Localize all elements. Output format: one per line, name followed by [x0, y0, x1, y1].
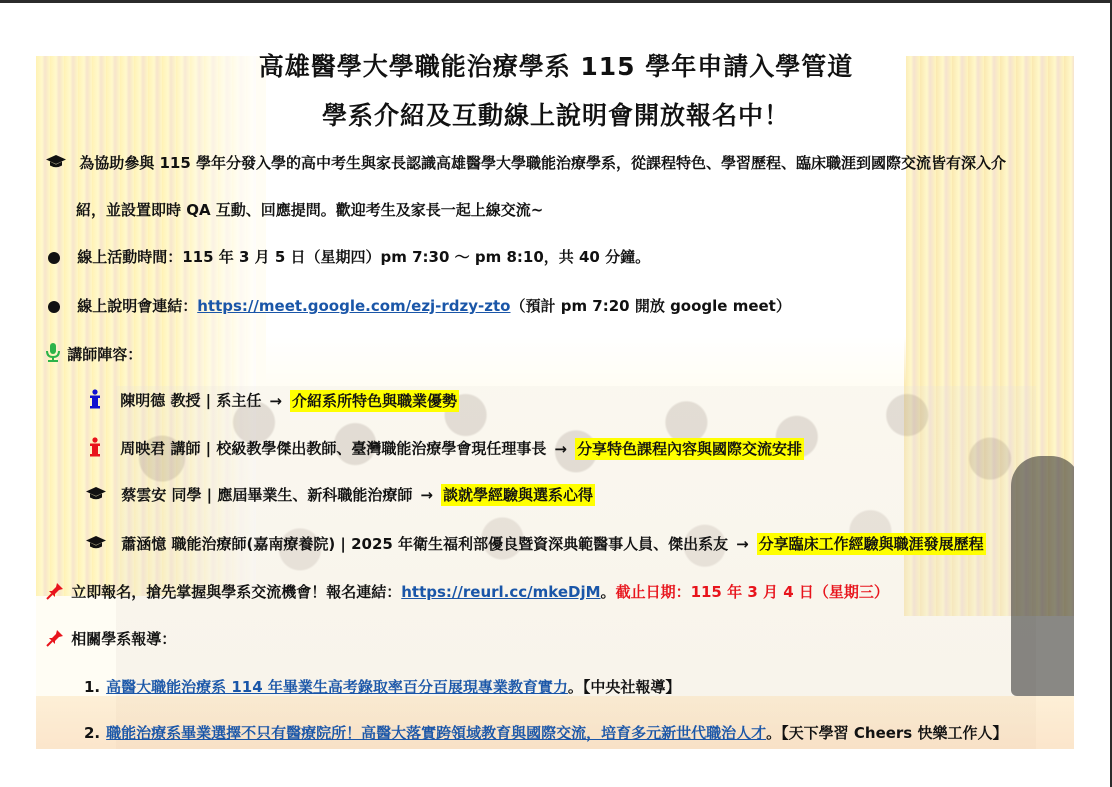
pushpin-icon: [46, 629, 64, 651]
speaker-topic: 談就學經驗與選系心得: [441, 484, 595, 506]
presenter-icon-blue: [89, 389, 101, 413]
graduation-cap-icon: [86, 536, 106, 554]
google-meet-link[interactable]: https://meet.google.com/ezj-rdzy-zto: [197, 297, 510, 315]
intro-text-2: 紹，並設置即時 QA 互動、回應提問。歡迎考生及家長一起上線交流~: [76, 201, 543, 219]
deadline-text: 截止日期：115 年 3 月 4 日（星期三）: [616, 583, 889, 601]
news-link[interactable]: 職能治療系畢業選擇不只有醫療院所！高醫大落實跨領域教育與國際交流，培育多元新世代…: [106, 724, 766, 742]
news-source: 。【天下學習 Cheers 快樂工作人】: [766, 724, 1007, 742]
news-number: 2.: [84, 724, 100, 742]
speaker-item: 陳明德 教授 | 系主任→介紹系所特色與職業優勢: [89, 389, 459, 413]
news-item: 2.職能治療系畢業選擇不只有醫療院所！高醫大落實跨領域教育與國際交流，培育多元新…: [84, 722, 1007, 743]
register-text: 立即報名，搶先掌握與學系交流機會！報名連結：: [71, 583, 401, 601]
speaker-name: 陳明德 教授 | 系主任: [120, 392, 261, 410]
register-separator: 。: [601, 583, 616, 601]
meeting-link-line: 線上說明會連結：https://meet.google.com/ezj-rdzy…: [46, 295, 791, 316]
intro-line-1: 為協助參與 115 學年分發入學的高中考生與家長認識高雄醫學大學職能治療學系，從…: [46, 152, 1006, 173]
news-item: 1.高醫大職能治療系 114 年畢業生高考錄取率百分百展現專業教育實力。【中央社…: [84, 676, 680, 697]
presenter-icon-red: [89, 437, 101, 461]
arrow-icon: →: [554, 440, 567, 458]
graduation-cap-icon: [46, 155, 66, 173]
speaker-topic: 介紹系所特色與職業優勢: [290, 390, 459, 412]
news-heading-text: 相關學系報導：: [71, 630, 176, 648]
microphone-icon: [46, 343, 60, 367]
event-time-text: 線上活動時間：115 年 3 月 5 日（星期四）pm 7:30 ～ pm 8:…: [77, 248, 650, 266]
page-title: 高雄醫學大學職能治療學系 115 學年申請入學管道: [0, 47, 1112, 83]
news-source: 。【中央社報導】: [568, 678, 681, 696]
speaker-name: 蔡雲安 同學 | 應屆畢業生、新科職能治療師: [121, 486, 412, 504]
arrow-icon: →: [420, 486, 433, 504]
event-time: 線上活動時間：115 年 3 月 5 日（星期四）pm 7:30 ～ pm 8:…: [46, 246, 650, 267]
speaker-name: 周映君 講師 | 校級教學傑出教師、臺灣職能治療學會現任理事長: [120, 440, 546, 458]
register-line: 立即報名，搶先掌握與學系交流機會！報名連結：https://reurl.cc/m…: [46, 581, 889, 604]
registration-link[interactable]: https://reurl.cc/mkeDjM: [401, 583, 600, 601]
news-number: 1.: [84, 678, 100, 696]
speaker-name: 蕭涵憶 職能治療師(嘉南療養院) | 2025 年衛生福利部優良暨資深典範醫事人…: [121, 535, 728, 553]
intro-line-2: 紹，並設置即時 QA 互動、回應提問。歡迎考生及家長一起上線交流~: [76, 199, 543, 220]
news-heading: 相關學系報導：: [46, 628, 176, 651]
meeting-note: （預計 pm 7:20 開放 google meet）: [511, 297, 791, 315]
arrow-icon: →: [269, 392, 282, 410]
speaker-topic: 分享特色課程內容與國際交流安排: [575, 438, 804, 460]
bullet-icon: [48, 252, 60, 264]
news-link[interactable]: 高醫大職能治療系 114 年畢業生高考錄取率百分百展現專業教育實力: [106, 678, 568, 696]
graduation-cap-icon: [86, 487, 106, 505]
bullet-icon: [48, 301, 60, 313]
pushpin-icon: [46, 582, 64, 604]
speaker-item: 蕭涵憶 職能治療師(嘉南療養院) | 2025 年衛生福利部優良暨資深典範醫事人…: [86, 533, 986, 554]
meeting-label: 線上說明會連結：: [77, 297, 197, 315]
arrow-icon: →: [736, 535, 749, 553]
speakers-heading: 講師陣容：: [46, 343, 142, 367]
announcement: 高雄醫學大學職能治療學系 115 學年申請入學管道 學系介紹及互動線上說明會開放…: [0, 0, 1112, 787]
speaker-topic: 分享臨床工作經驗與職涯發展歷程: [757, 533, 986, 555]
page-subtitle: 學系介紹及互動線上說明會開放報名中！: [0, 96, 1112, 132]
speaker-item: 蔡雲安 同學 | 應屆畢業生、新科職能治療師→談就學經驗與選系心得: [86, 484, 595, 505]
speaker-item: 周映君 講師 | 校級教學傑出教師、臺灣職能治療學會現任理事長→分享特色課程內容…: [89, 437, 804, 461]
speakers-heading-text: 講師陣容：: [67, 346, 142, 364]
intro-text-1: 為協助參與 115 學年分發入學的高中考生與家長認識高雄醫學大學職能治療學系，從…: [79, 154, 1006, 172]
